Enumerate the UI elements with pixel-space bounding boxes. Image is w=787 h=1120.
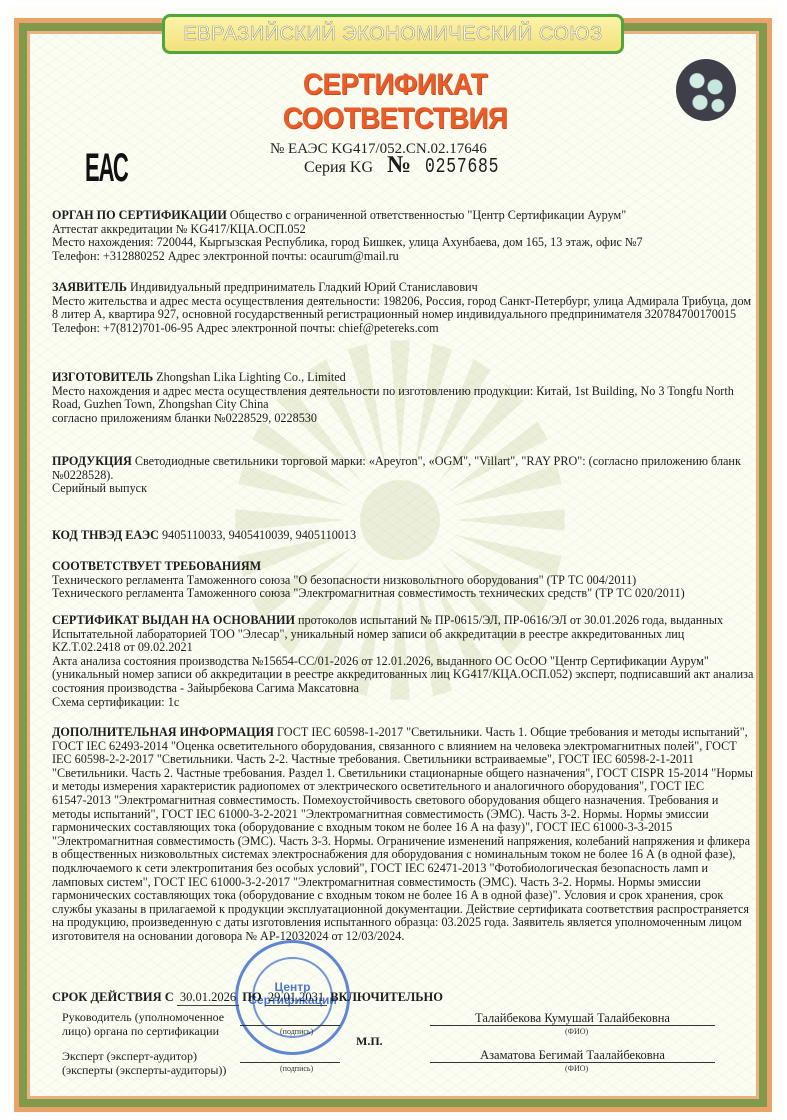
basis-line-1: протоколов испытаний № ПР-0615/ЭЛ, ПР-06…	[298, 613, 723, 627]
manufacturer-annex: согласно приложениям бланки №0228529, 02…	[52, 412, 742, 426]
section-manufacturer: ИЗГОТОВИТЕЛЬ Zhongshan Lika Lighting Co.…	[52, 371, 742, 425]
additional-line: "Электромагнитная совместимость (ЭМС). Ч…	[52, 835, 742, 849]
expert-label-line-1: Эксперт (эксперт-аудитор)	[62, 1049, 226, 1063]
additional-line: и методы измерения характеристик радиопо…	[52, 780, 742, 794]
tn-ved-codes: 9405110033, 9405410039, 9405110013	[162, 528, 356, 542]
section-product: ПРОДУКЦИЯ Светодиодные светильники торго…	[52, 455, 742, 496]
applicant-address-1: Место жительства и адрес места осуществл…	[52, 295, 742, 309]
head-signatory-label: Руководитель (уполномоченное лицо) орган…	[62, 1010, 224, 1038]
additional-line: гармонических составляющих тока (оборудо…	[52, 821, 742, 835]
basis-line-6: состояния производства - Зайырбекова Саг…	[52, 682, 742, 696]
requirement-item: Технического регламента Таможенного союз…	[52, 574, 742, 588]
section-tn-ved: КОД ТНВЭД ЕАЭС 9405110033, 9405410039, 9…	[52, 529, 742, 543]
additional-line: методы испытаний", ГОСТ IEC 61000-3-2-20…	[52, 808, 742, 822]
validity-date-from: 30.01.2026	[177, 990, 239, 1006]
expert-name-line	[430, 1062, 715, 1063]
series-label: Серия KG	[304, 159, 373, 177]
stamp-place: М.П.	[356, 1034, 383, 1049]
expert-name: Азаматова Бегимай Таалайбековна	[430, 1048, 715, 1063]
head-sign-caption: (подпись)	[280, 1027, 313, 1036]
section-basis: СЕРТИФИКАТ ВЫДАН НА ОСНОВАНИИ протоколов…	[52, 614, 742, 709]
section-additional-info: ДОПОЛНИТЕЛЬНАЯ ИНФОРМАЦИЯ ГОСТ IEC 60598…	[52, 726, 742, 944]
basis-line-3: KZ.T.02.2418 от 09.02.2021	[52, 641, 742, 655]
basis-label: СЕРТИФИКАТ ВЫДАН НА ОСНОВАНИИ	[52, 613, 295, 627]
union-banner: ЕВРАЗИЙСКИЙ ЭКОНОМИЧЕСКИЙ СОЮЗ	[162, 14, 624, 54]
head-name: Талайбекова Кумушай Талайбековна	[430, 1011, 715, 1026]
additional-line: ламповых систем", ГОСТ IEC 61000-3-2-201…	[52, 876, 742, 890]
applicant-name: Индивидуальный предприниматель Гладкий Ю…	[130, 280, 478, 294]
production-type: Серийный выпуск	[52, 482, 742, 496]
additional-line: ГОСТ IEC 62493-2014 "Оценка осветительно…	[52, 740, 742, 754]
cert-body-contacts: Телефон: +312880252 Адрес электронной по…	[52, 250, 742, 264]
tn-ved-label: КОД ТНВЭД ЕАЭС	[52, 528, 159, 542]
validity-to-label: ПО	[242, 990, 261, 1004]
validity-from-label: СРОК ДЕЙСТВИЯ С	[52, 990, 174, 1004]
head-signature-line	[240, 1025, 340, 1026]
product-description-1: Светодиодные светильники торговой марки:…	[135, 454, 741, 468]
additional-line: подключаемого к сети электропитания без …	[52, 862, 742, 876]
product-label: ПРОДУКЦИЯ	[52, 454, 132, 468]
manufacturer-address-1: Место нахождения и адрес места осуществл…	[52, 385, 742, 399]
basis-line-5: (уникальный номер записи об аккредитации…	[52, 668, 742, 682]
certification-scheme: Схема сертификации: 1с	[52, 696, 742, 710]
product-description-2: №0228528).	[52, 469, 742, 483]
head-label-line-2: лицо) органа по сертификации	[62, 1024, 224, 1038]
manufacturer-address-2: Road, Guzhen Town, Zhongshan City China	[52, 398, 742, 412]
requirements-label: СООТВЕТСТВУЕТ ТРЕБОВАНИЯМ	[52, 559, 261, 573]
section-requirements: СООТВЕТСТВУЕТ ТРЕБОВАНИЯМ Технического р…	[52, 560, 742, 601]
basis-line-4: Акта анализа состояния производства №156…	[52, 655, 742, 669]
union-banner-text: ЕВРАЗИЙСКИЙ ЭКОНОМИЧЕСКИЙ СОЮЗ	[183, 23, 602, 46]
additional-line: гармонических составляющих тока (оборудо…	[52, 889, 742, 903]
applicant-label: ЗАЯВИТЕЛЬ	[52, 280, 127, 294]
expert-label-line-2: (эксперты (эксперты-аудиторы))	[62, 1063, 226, 1077]
section-cert-body: ОРГАН ПО СЕРТИФИКАЦИИ Общество с огранич…	[52, 209, 742, 263]
additional-line: в общественных низковольтных системах эл…	[52, 848, 742, 862]
basis-line-2: Испытательной лабораторией ТОО "Элесар",…	[52, 628, 742, 642]
number-sign: №	[387, 152, 411, 179]
additional-line: службы указаны в прилагаемой к продукции…	[52, 903, 742, 917]
additional-line: на продукцию, произведенную с даты изгот…	[52, 916, 742, 930]
applicant-address-2: 8 литер А, квартира 927, основной госуда…	[52, 308, 742, 322]
expert-fio-caption: (ФИО)	[565, 1064, 588, 1073]
validity-inclusive-label: ВКЛЮЧИТЕЛЬНО	[330, 990, 443, 1004]
validity-date-to: 29.01.2031	[265, 990, 327, 1006]
section-applicant: ЗАЯВИТЕЛЬ Индивидуальный предприниматель…	[52, 281, 742, 335]
expert-signature-line	[240, 1062, 340, 1063]
head-name-line	[430, 1025, 715, 1026]
expert-signatory-label: Эксперт (эксперт-аудитор) (эксперты (экс…	[62, 1049, 226, 1077]
series-row: Серия KG № 0257685	[304, 152, 520, 179]
cert-body-label: ОРГАН ПО СЕРТИФИКАЦИИ	[52, 208, 227, 222]
additional-label: ДОПОЛНИТЕЛЬНАЯ ИНФОРМАЦИЯ	[52, 725, 274, 739]
page-title: СЕРТИФИКАТ СООТВЕТСТВИЯ	[216, 68, 575, 136]
applicant-contacts: Телефон: +7(812)701-06-95 Адрес электрон…	[52, 322, 742, 336]
manufacturer-label: ИЗГОТОВИТЕЛЬ	[52, 370, 153, 384]
validity-period: СРОК ДЕЙСТВИЯ С 30.01.2026 ПО 29.01.2031…	[52, 990, 443, 1006]
cert-body-address: Место нахождения: 720044, Кыргызская Рес…	[52, 236, 742, 250]
additional-line: "Светильники. Часть 2. Частные требовани…	[52, 767, 742, 781]
additional-line: ГОСТ IEC 60598-1-2017 "Светильники. Част…	[277, 725, 748, 739]
head-fio-caption: (ФИО)	[565, 1027, 588, 1036]
additional-line: изготовителя на основании договора № АР-…	[52, 930, 742, 944]
blank-number: 0257685	[425, 156, 499, 179]
requirement-item: Технического регламента Таможенного союз…	[52, 587, 742, 601]
cert-body-name: Общество с ограниченной ответственностью…	[230, 208, 626, 222]
hologram-icon	[676, 59, 736, 121]
manufacturer-name: Zhongshan Lika Lighting Co., Limited	[156, 370, 346, 384]
additional-line: 61547-2013 "Электромагнитная совместимос…	[52, 794, 742, 808]
head-label-line-1: Руководитель (уполномоченное	[62, 1010, 224, 1024]
cert-body-accreditation: Аттестат аккредитации № KG417/КЦА.ОСП.05…	[52, 223, 742, 237]
additional-line: IEC 60598-2-2-2017 "Светильники. Часть 2…	[52, 753, 742, 767]
eac-mark-icon: ЕАС	[85, 146, 128, 191]
expert-sign-caption: (подпись)	[280, 1064, 313, 1073]
